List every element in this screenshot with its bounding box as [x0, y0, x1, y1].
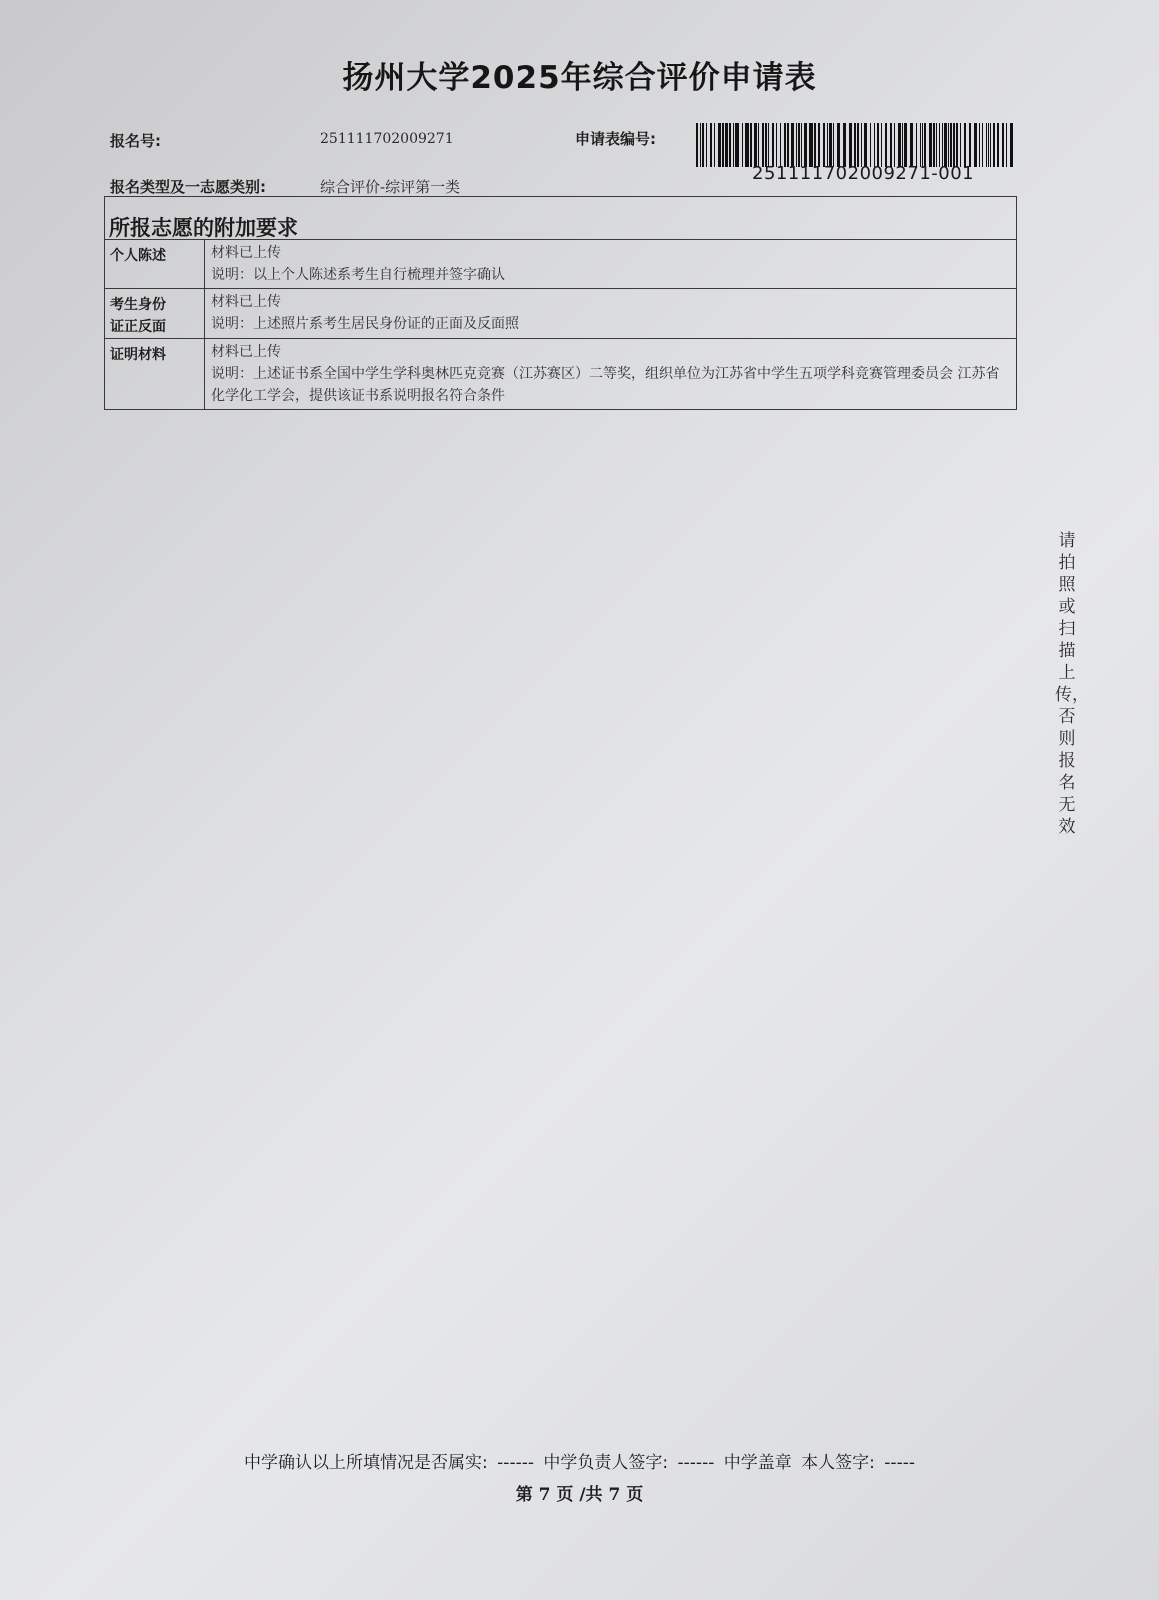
requirement-status: 材料已上传	[211, 291, 1012, 313]
requirement-row: 考生身份证正反面材料已上传说明：上述照片系考生居民身份证的正面及反面照	[105, 289, 1017, 339]
principal-signature-label: 中学负责人签字:	[543, 1453, 668, 1473]
upload-notice: 请拍照或扫描上传，否则报名无效	[1055, 530, 1079, 838]
requirement-note: 说明：上述证书系全国中学生学科奥林匹克竞赛（江苏赛区）二等奖，组织单位为江苏省中…	[211, 363, 1012, 407]
signature-line: 中学确认以上所填情况是否属实: ------ 中学负责人签字: ------ 中…	[0, 1448, 1159, 1473]
form-number-value: 251111702009271-001	[752, 163, 974, 184]
requirement-note: 说明：以上个人陈述系考生自行梳理并签字确认	[211, 264, 1012, 286]
requirement-category: 证明材料	[105, 339, 205, 410]
form-title: 扬州大学2025年综合评价申请表	[0, 52, 1159, 97]
requirement-category-line: 考生身份	[110, 294, 200, 316]
application-form-page: 扬州大学2025年综合评价申请表 报名号: 251111702009271 申请…	[0, 0, 1159, 1600]
requirement-description: 材料已上传说明：上述证书系全国中学生学科奥林匹克竞赛（江苏赛区）二等奖，组织单位…	[205, 339, 1017, 410]
registration-type-label: 报名类型及一志愿类别:	[110, 176, 266, 197]
requirement-category-line: 证正反面	[110, 316, 200, 338]
registration-type-value: 综合评价-综评第一类	[320, 176, 460, 197]
requirement-row: 个人陈述材料已上传说明：以上个人陈述系考生自行梳理并签字确认	[105, 240, 1017, 289]
self-signature-blank: -----	[884, 1453, 915, 1473]
school-seal-label: 中学盖章	[724, 1453, 792, 1473]
self-signature-label: 本人签字:	[801, 1453, 875, 1473]
requirements-heading: 所报志愿的附加要求	[105, 197, 1017, 240]
requirement-category: 考生身份证正反面	[105, 289, 205, 339]
requirement-row: 证明材料材料已上传说明：上述证书系全国中学生学科奥林匹克竞赛（江苏赛区）二等奖，…	[105, 339, 1017, 410]
requirements-table: 所报志愿的附加要求 个人陈述材料已上传说明：以上个人陈述系考生自行梳理并签字确认…	[104, 196, 1017, 410]
registration-number-label: 报名号:	[110, 130, 161, 151]
registration-number-value: 251111702009271	[320, 131, 454, 147]
requirement-status: 材料已上传	[211, 242, 1012, 264]
requirement-category-line: 个人陈述	[110, 245, 200, 267]
requirement-status: 材料已上传	[211, 341, 1012, 363]
requirement-description: 材料已上传说明：以上个人陈述系考生自行梳理并签字确认	[205, 240, 1017, 289]
requirement-note: 说明：上述照片系考生居民身份证的正面及反面照	[211, 313, 1012, 335]
confirm-label: 中学确认以上所填情况是否属实:	[244, 1453, 488, 1473]
barcode-icon	[696, 123, 1016, 167]
confirm-blank: ------	[497, 1453, 534, 1473]
principal-signature-blank: ------	[678, 1453, 715, 1473]
form-number-label: 申请表编号:	[575, 128, 656, 149]
requirement-category-line: 证明材料	[110, 344, 200, 366]
requirement-category: 个人陈述	[105, 240, 205, 289]
requirement-description: 材料已上传说明：上述照片系考生居民身份证的正面及反面照	[205, 289, 1017, 339]
page-indicator: 第 7 页 /共 7 页	[0, 1480, 1159, 1505]
